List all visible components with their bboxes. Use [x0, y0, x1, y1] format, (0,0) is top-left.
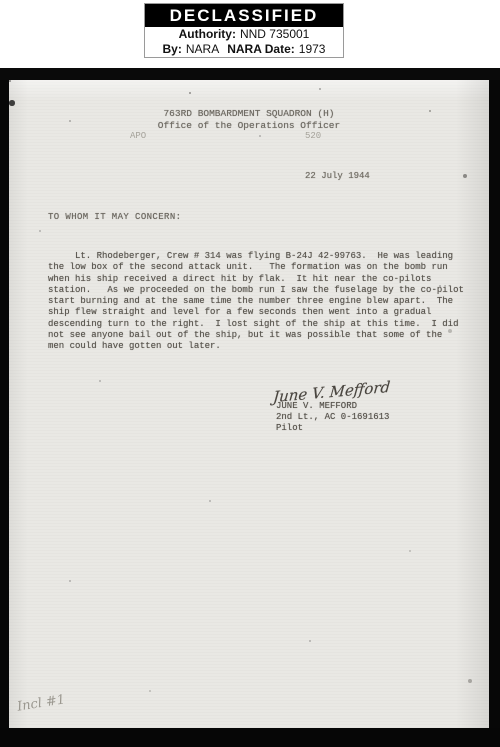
signature-rank-serial: 2nd Lt., AC 0-1691613	[276, 412, 389, 423]
stamp-by-line: By:NARANARA Date:1973	[145, 42, 343, 57]
nara-date-value: 1973	[299, 42, 326, 57]
body-line: station. As we proceeded on the bomb run…	[48, 285, 464, 296]
letterhead-squadron: 763RD BOMBARDMENT SQUADRON (H)	[9, 108, 489, 120]
signature-block: JUNE V. MEFFORD 2nd Lt., AC 0-1691613 Pi…	[276, 401, 389, 433]
body-line: men could have gotten out later.	[48, 341, 464, 352]
by-value: NARA	[186, 42, 219, 57]
letterhead: 763RD BOMBARDMENT SQUADRON (H) Office of…	[9, 108, 489, 131]
body-line: descending turn to the right. I lost sig…	[48, 319, 464, 330]
stamp-authority-line: Authority:NND 735001	[145, 27, 343, 42]
scan-divider-band	[0, 68, 500, 80]
letterhead-office: Office of the Operations Officer	[9, 120, 489, 132]
signature-role: Pilot	[276, 423, 389, 434]
declassified-stamp: DECLASSIFIED Authority:NND 735001 By:NAR…	[144, 3, 344, 58]
by-label: By:	[163, 42, 182, 57]
scan-dust	[9, 80, 11, 82]
nara-date-label: NARA Date:	[227, 42, 295, 57]
letterhead-apo: APO	[130, 131, 146, 141]
letterhead-apo-number: 520	[305, 131, 321, 141]
body-line: when his ship received a direct hit by f…	[48, 274, 464, 285]
body-line: ship flew straight and level for a few s…	[48, 307, 464, 318]
stamp-title: DECLASSIFIED	[145, 4, 343, 27]
document-page: 763RD BOMBARDMENT SQUADRON (H) Office of…	[9, 80, 489, 728]
scan-top-margin: DECLASSIFIED Authority:NND 735001 By:NAR…	[0, 0, 500, 68]
document-date: 22 July 1944	[305, 171, 370, 181]
scan-bottom-band	[0, 728, 500, 747]
handwritten-annotation: Incl #1	[16, 692, 66, 714]
body-line: Lt. Rhodeberger, Crew # 314 was flying B…	[48, 251, 464, 262]
body-line: not see anyone bail out of the ship, but…	[48, 330, 464, 341]
signature-typed-name: JUNE V. MEFFORD	[276, 401, 389, 412]
scanned-document: DECLASSIFIED Authority:NND 735001 By:NAR…	[0, 0, 500, 747]
letter-body: Lt. Rhodeberger, Crew # 314 was flying B…	[48, 251, 464, 353]
salutation: TO WHOM IT MAY CONCERN:	[48, 212, 181, 222]
body-line: start burning and at the same time the n…	[48, 296, 464, 307]
authority-label: Authority:	[179, 27, 236, 42]
authority-value: NND 735001	[240, 27, 309, 42]
body-line: the low box of the second attack unit. T…	[48, 262, 464, 273]
